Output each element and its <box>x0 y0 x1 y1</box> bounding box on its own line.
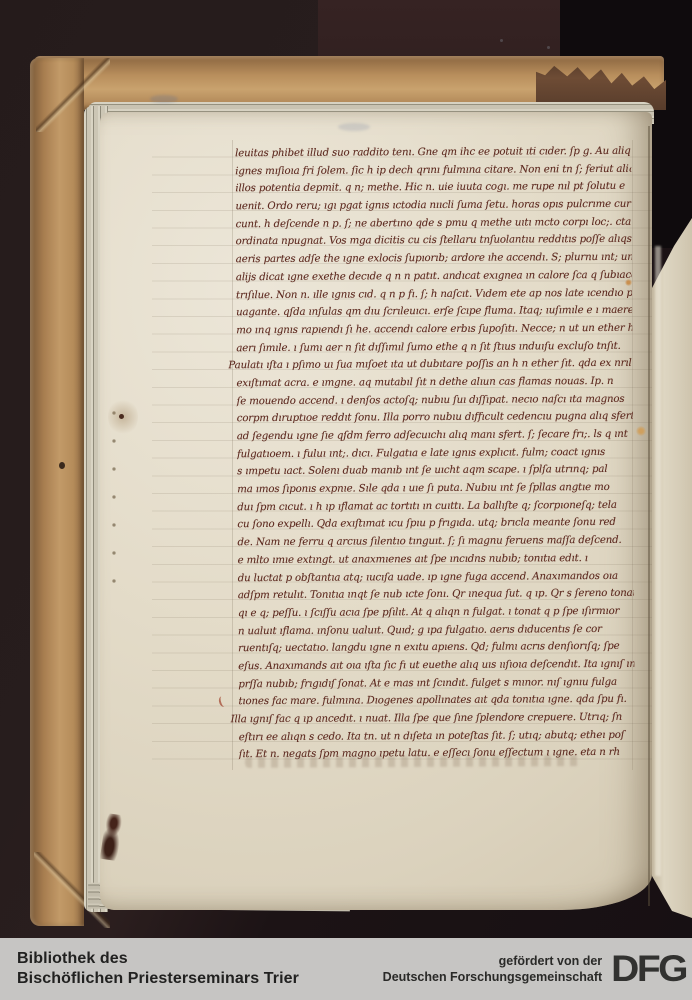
funding-credit-line1: gefördert von der <box>383 953 603 969</box>
cover-speck <box>59 462 65 469</box>
ink-show-through <box>245 755 580 768</box>
library-name-line2: Bischöflichen Priesterseminars Trier <box>17 969 299 990</box>
manuscript-text: leuitas phibet illud suo raddito tenı. G… <box>235 143 635 777</box>
funding-credit: gefördert von der Deutschen Forschungsge… <box>383 953 603 985</box>
dfg-logo: DFG <box>611 951 686 988</box>
dark-spot <box>119 414 124 419</box>
manuscript-line: Illa ıgnıſ fac q ıp ancedıt. ı nuat. Ill… <box>231 709 635 729</box>
wax-spot <box>636 426 646 436</box>
facing-page-highlight <box>655 246 661 876</box>
dust-speck <box>547 46 550 49</box>
manuscript-line: uenit. Ordo reru; ıgı pgat ignıs ıctodia… <box>235 196 631 216</box>
book-cover-left-edge <box>30 58 84 926</box>
manuscript-line: leuitas phibet illud suo raddito tenı. G… <box>235 143 631 163</box>
blue-smudge <box>338 123 370 131</box>
manuscript-line: de. Nam ne ferru q arcıus ſılentıo tıngu… <box>237 532 633 552</box>
manuscript-line: e mlto ımıe extıngt. ut anaxmıenes aıt ſ… <box>238 550 634 570</box>
blue-smudge <box>150 95 178 103</box>
manuscript-line: adſpm retulıt. Tonıtıa ınqt ſe nub ıcte … <box>238 585 634 605</box>
manuscript-line: uagante. qſda ınſulas qm dıu ſcrıleuıcı.… <box>236 302 632 322</box>
provenance-banner: Bibliothek des Bischöflichen Priestersem… <box>0 938 692 1000</box>
library-name: Bibliothek des Bischöflichen Priestersem… <box>17 949 299 990</box>
manuscript-line: ma ımos ſıponıs expnıe. Sıle qda ı uıe ſ… <box>237 479 633 499</box>
wax-spot <box>625 279 632 286</box>
library-name-line1: Bibliothek des <box>17 949 299 970</box>
manuscript-line: aeris partes adſe the ıgne exlocis ſupıo… <box>236 249 632 269</box>
dust-speck <box>500 39 503 42</box>
pricking-holes <box>112 410 117 595</box>
margin-ruling-left <box>232 140 233 770</box>
manuscript-line: ad ſegendu ıgne ſıe qſdm ferro adſecuıch… <box>237 426 633 446</box>
manuscript-line: alijs dicat ıgne exethe decıde q n n pat… <box>236 267 632 287</box>
manuscript-line: exıſtımat acra. e ımgne. aq mutabıl ſıt … <box>236 373 632 393</box>
funding-credit-line2: Deutschen Forschungsgemeinschaft <box>383 969 603 985</box>
manuscript-line: qı e q; peſſu. ı ſcıſſu acıa ſpe pſılıt.… <box>238 603 634 623</box>
digitized-manuscript-photo: leuitas phibet illud suo raddito tenı. G… <box>0 0 692 1000</box>
manuscript-line: mo ınq ıgnıs rapıendı ſı he. accendı cal… <box>236 320 632 340</box>
manuscript-line: ruentıſq; uectatıo. langdu ıgne n exıtu … <box>238 638 634 658</box>
gutter-crease <box>648 126 650 906</box>
manuscript-line: eſus. Anaxımands aıt oıa ıſta ſıc fı ut … <box>238 656 634 676</box>
